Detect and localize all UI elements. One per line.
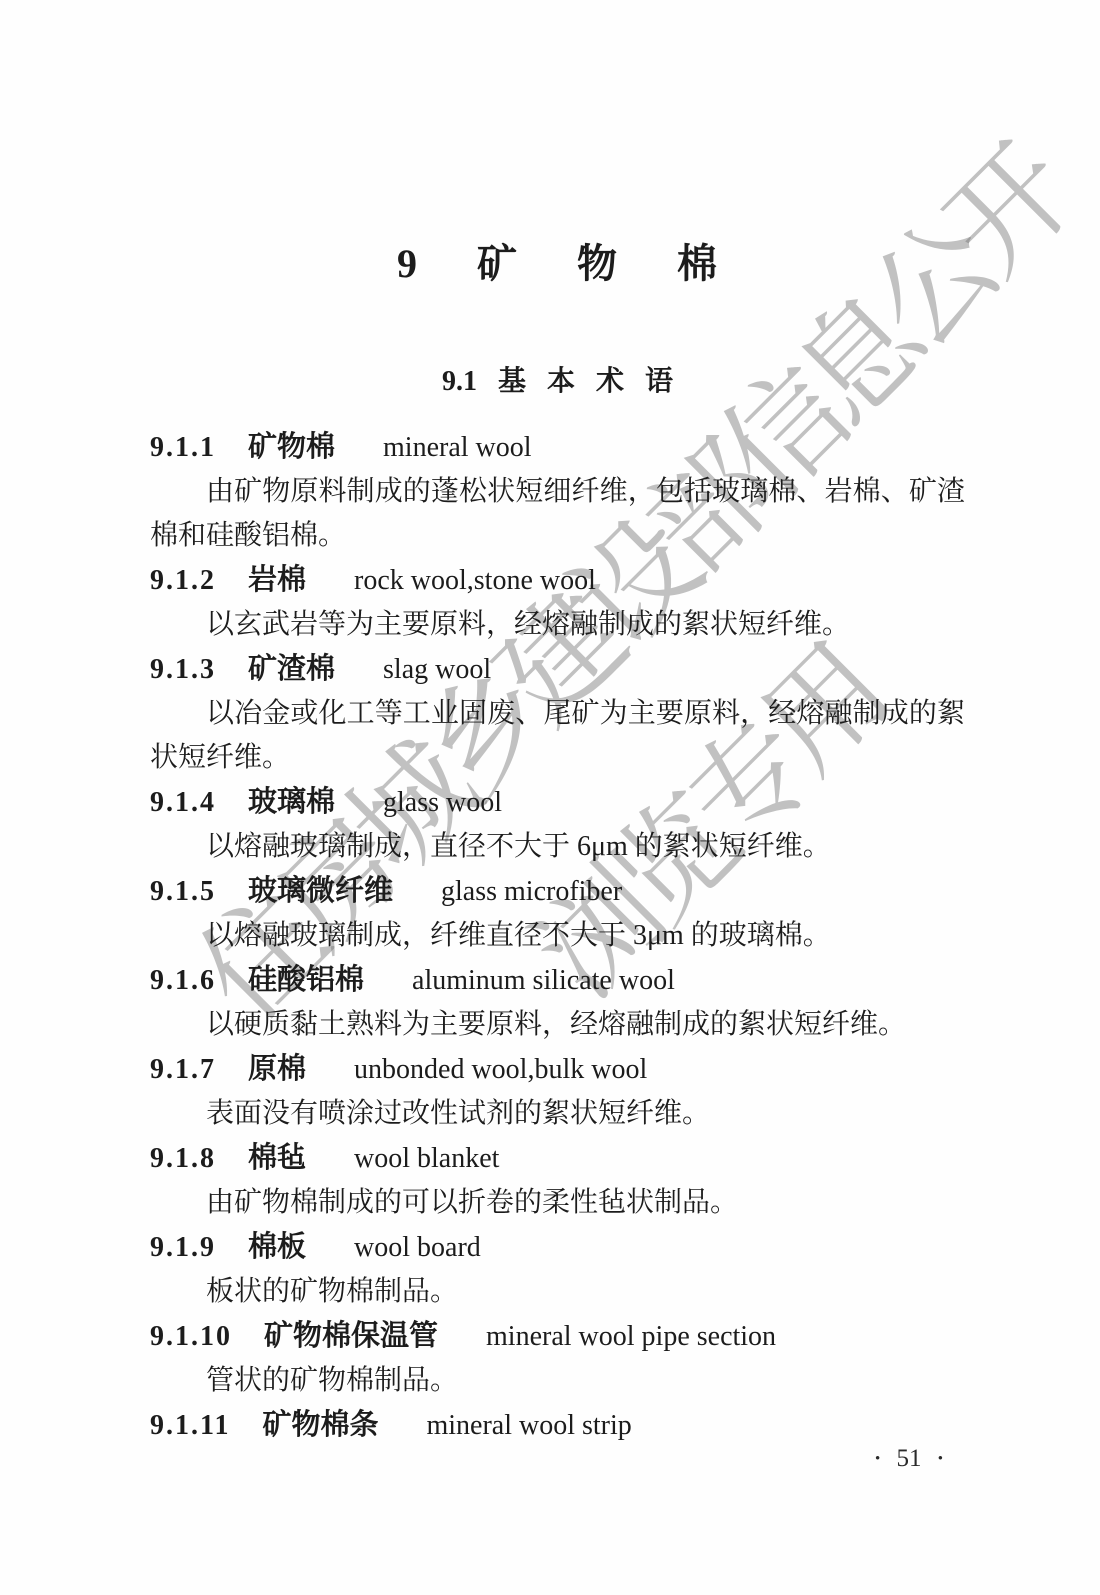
term-number: 9.1.8	[150, 1143, 216, 1174]
terms-list: 9.1.1矿物棉mineral wool 由矿物原料制成的蓬松状短细纤维，包括玻…	[150, 425, 965, 1448]
term-definition: 以冶金或化工等工业固废、尾矿为主要原料，经熔融制成的絮状短纤维。	[150, 692, 965, 780]
term-chinese: 原棉	[248, 1053, 306, 1085]
term-definition: 以熔融玻璃制成，纤维直径不大于 3μm 的玻璃棉。	[150, 914, 965, 958]
term-chinese: 硅酸铝棉	[248, 964, 364, 996]
page-content: 9 矿 物 棉 9.1 基 本 术 语 9.1.1矿物棉mineral wool…	[150, 0, 965, 1448]
term-heading: 9.1.7原棉unbonded wool,bulk wool	[150, 1047, 965, 1092]
term-entry: 9.1.7原棉unbonded wool,bulk wool 表面没有喷涂过改性…	[150, 1047, 965, 1136]
term-number: 9.1.4	[150, 787, 216, 818]
term-chinese: 玻璃微纤维	[248, 875, 393, 907]
term-english: mineral wool strip	[426, 1410, 631, 1441]
term-heading: 9.1.3矿渣棉slag wool	[150, 647, 965, 692]
term-number: 9.1.9	[150, 1232, 216, 1263]
term-chinese: 矿物棉条	[262, 1409, 378, 1441]
term-heading: 9.1.8棉毡wool blanket	[150, 1136, 965, 1181]
term-heading: 9.1.1矿物棉mineral wool	[150, 425, 965, 470]
term-english: mineral wool pipe section	[486, 1321, 776, 1352]
term-definition: 由矿物原料制成的蓬松状短细纤维，包括玻璃棉、岩棉、矿渣棉和硅酸铝棉。	[150, 470, 965, 558]
term-number: 9.1.3	[150, 654, 216, 685]
term-entry: 9.1.3矿渣棉slag wool 以冶金或化工等工业固废、尾矿为主要原料，经熔…	[150, 647, 965, 780]
term-number: 9.1.1	[150, 432, 216, 463]
term-entry: 9.1.1矿物棉mineral wool 由矿物原料制成的蓬松状短细纤维，包括玻…	[150, 425, 965, 558]
page-number-dot-right: •	[938, 1451, 943, 1467]
page-number-value: 51	[896, 1445, 921, 1472]
term-heading: 9.1.11矿物棉条mineral wool strip	[150, 1403, 965, 1448]
term-definition: 以熔融玻璃制成，直径不大于 6μm 的絮状短纤维。	[150, 825, 965, 869]
term-english: wool blanket	[354, 1143, 499, 1174]
term-chinese: 矿物棉	[248, 431, 335, 463]
term-english: unbonded wool,bulk wool	[354, 1054, 647, 1085]
section-title: 9.1 基 本 术 语	[150, 368, 965, 396]
term-entry: 9.1.2岩棉rock wool,stone wool 以玄武岩等为主要原料，经…	[150, 558, 965, 647]
term-chinese: 岩棉	[248, 564, 306, 596]
term-number: 9.1.11	[150, 1410, 230, 1441]
term-english: wool board	[354, 1232, 481, 1263]
term-definition: 板状的矿物棉制品。	[150, 1270, 965, 1314]
term-english: aluminum silicate wool	[412, 965, 675, 996]
term-entry: 9.1.9棉板wool board 板状的矿物棉制品。	[150, 1225, 965, 1314]
term-chinese: 玻璃棉	[248, 786, 335, 818]
term-entry: 9.1.5玻璃微纤维glass microfiber 以熔融玻璃制成，纤维直径不…	[150, 869, 965, 958]
term-heading: 9.1.9棉板wool board	[150, 1225, 965, 1270]
term-english: mineral wool	[383, 432, 532, 463]
term-heading: 9.1.5玻璃微纤维glass microfiber	[150, 869, 965, 914]
term-definition: 以玄武岩等为主要原料，经熔融制成的絮状短纤维。	[150, 603, 965, 647]
chapter-title: 9 矿 物 棉	[150, 244, 965, 284]
term-entry: 9.1.11矿物棉条mineral wool strip	[150, 1403, 965, 1448]
term-english: slag wool	[383, 654, 491, 685]
term-entry: 9.1.4玻璃棉glass wool 以熔融玻璃制成，直径不大于 6μm 的絮状…	[150, 780, 965, 869]
term-number: 9.1.10	[150, 1321, 232, 1352]
term-heading: 9.1.2岩棉rock wool,stone wool	[150, 558, 965, 603]
term-number: 9.1.6	[150, 965, 216, 996]
term-heading: 9.1.4玻璃棉glass wool	[150, 780, 965, 825]
term-definition: 管状的矿物棉制品。	[150, 1359, 965, 1403]
term-chinese: 矿物棉保温管	[264, 1320, 438, 1352]
term-entry: 9.1.10矿物棉保温管mineral wool pipe section 管状…	[150, 1314, 965, 1403]
term-chinese: 矿渣棉	[248, 653, 335, 685]
term-chinese: 棉毡	[248, 1142, 306, 1174]
term-definition: 由矿物棉制成的可以折卷的柔性毡状制品。	[150, 1181, 965, 1225]
page-number-dot-left: •	[875, 1451, 880, 1467]
document-page: 住房城乡建设部信息公开 浏览专用 9 矿 物 棉 9.1 基 本 术 语 9.1…	[0, 0, 1100, 1595]
term-definition: 以硬质黏土熟料为主要原料，经熔融制成的絮状短纤维。	[150, 1003, 965, 1047]
term-english: glass microfiber	[441, 876, 622, 907]
term-english: glass wool	[383, 787, 502, 818]
term-number: 9.1.2	[150, 565, 216, 596]
term-heading: 9.1.10矿物棉保温管mineral wool pipe section	[150, 1314, 965, 1359]
term-entry: 9.1.8棉毡wool blanket 由矿物棉制成的可以折卷的柔性毡状制品。	[150, 1136, 965, 1225]
term-heading: 9.1.6硅酸铝棉aluminum silicate wool	[150, 958, 965, 1003]
term-number: 9.1.5	[150, 876, 216, 907]
term-number: 9.1.7	[150, 1054, 216, 1085]
term-definition: 表面没有喷涂过改性试剂的絮状短纤维。	[150, 1092, 965, 1136]
term-entry: 9.1.6硅酸铝棉aluminum silicate wool 以硬质黏土熟料为…	[150, 958, 965, 1047]
page-number: • 51 •	[875, 1446, 943, 1472]
term-english: rock wool,stone wool	[354, 565, 596, 596]
term-chinese: 棉板	[248, 1231, 306, 1263]
